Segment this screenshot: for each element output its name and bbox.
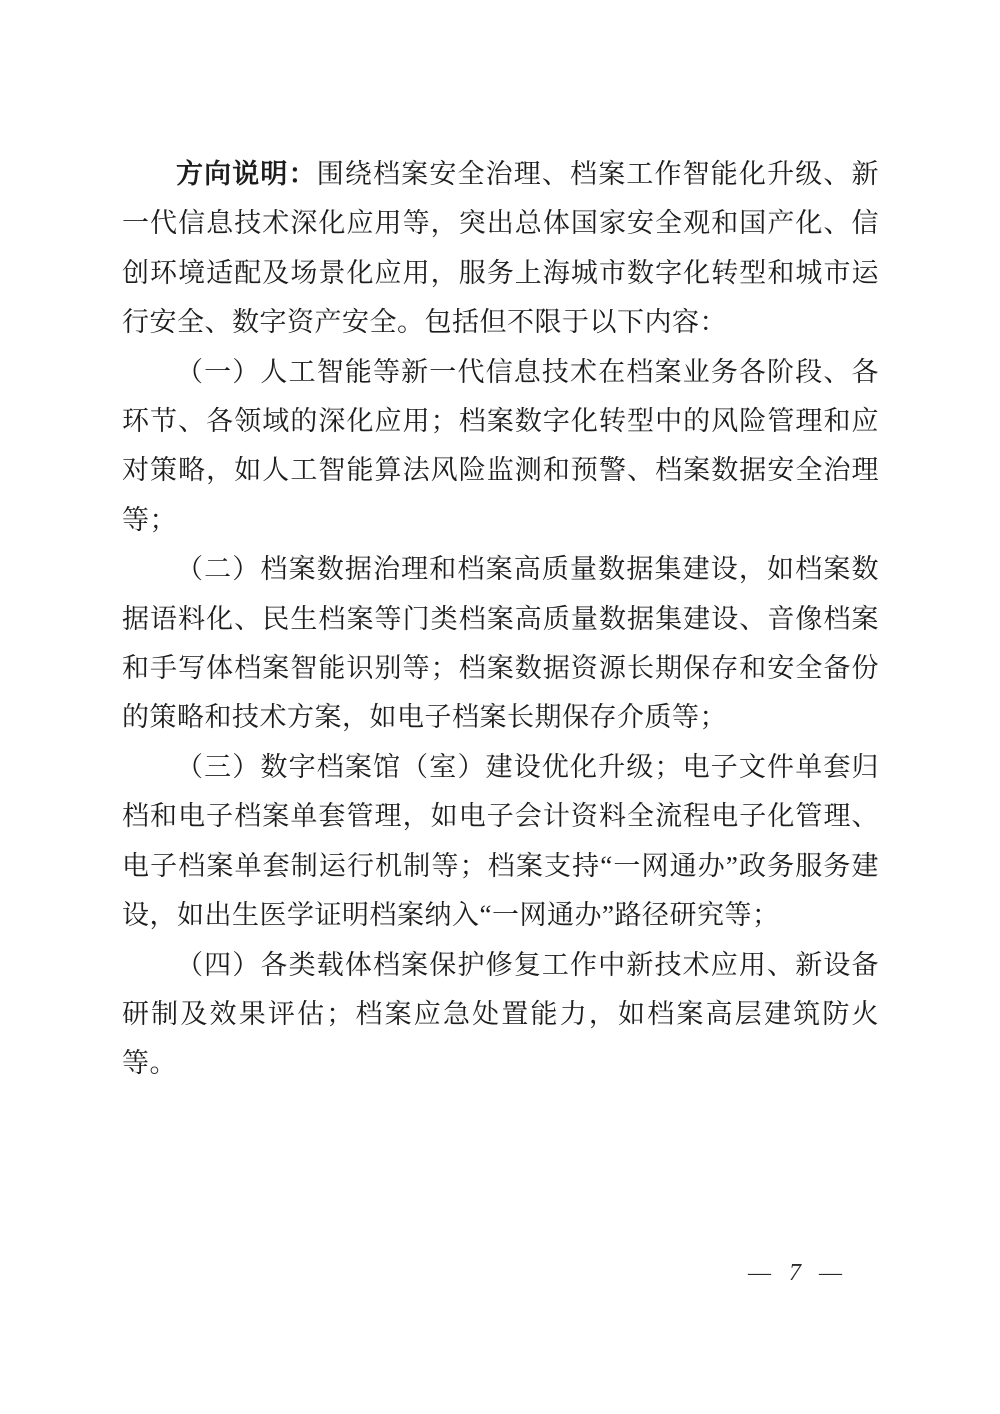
footer-dash-right: — bbox=[819, 1259, 842, 1287]
paragraph-item-2: （二）档案数据治理和档案高质量数据集建设，如档案数据语料化、民生档案等门类档案高… bbox=[122, 545, 879, 743]
page-number: 7 bbox=[789, 1259, 801, 1287]
paragraph-lead: 方向说明： bbox=[176, 159, 317, 189]
document-page: 方向说明：围绕档案安全治理、档案工作智能化升级、新一代信息技术深化应用等，突出总… bbox=[0, 0, 1000, 1414]
paragraph-item-4: （四）各类载体档案保护修复工作中新技术应用、新设备研制及效果评估；档案应急处置能… bbox=[122, 941, 879, 1089]
paragraph-text: （四）各类载体档案保护修复工作中新技术应用、新设备研制及效果评估；档案应急处置能… bbox=[122, 950, 879, 1079]
document-body: 方向说明：围绕档案安全治理、档案工作智能化升级、新一代信息技术深化应用等，突出总… bbox=[122, 150, 879, 1089]
page-footer: — 7 — bbox=[748, 1259, 842, 1287]
paragraph-item-3: （三）数字档案馆（室）建设优化升级；电子文件单套归档和电子档案单套管理，如电子会… bbox=[122, 743, 879, 941]
paragraph-item-1: （一）人工智能等新一代信息技术在档案业务各阶段、各环节、各领域的深化应用；档案数… bbox=[122, 348, 879, 546]
paragraph-text: （三）数字档案馆（室）建设优化升级；电子文件单套归档和电子档案单套管理，如电子会… bbox=[122, 752, 879, 930]
paragraph-direction-note: 方向说明：围绕档案安全治理、档案工作智能化升级、新一代信息技术深化应用等，突出总… bbox=[122, 150, 879, 348]
paragraph-text: （二）档案数据治理和档案高质量数据集建设，如档案数据语料化、民生档案等门类档案高… bbox=[122, 554, 879, 732]
paragraph-text: （一）人工智能等新一代信息技术在档案业务各阶段、各环节、各领域的深化应用；档案数… bbox=[122, 357, 879, 535]
footer-dash-left: — bbox=[748, 1259, 771, 1287]
